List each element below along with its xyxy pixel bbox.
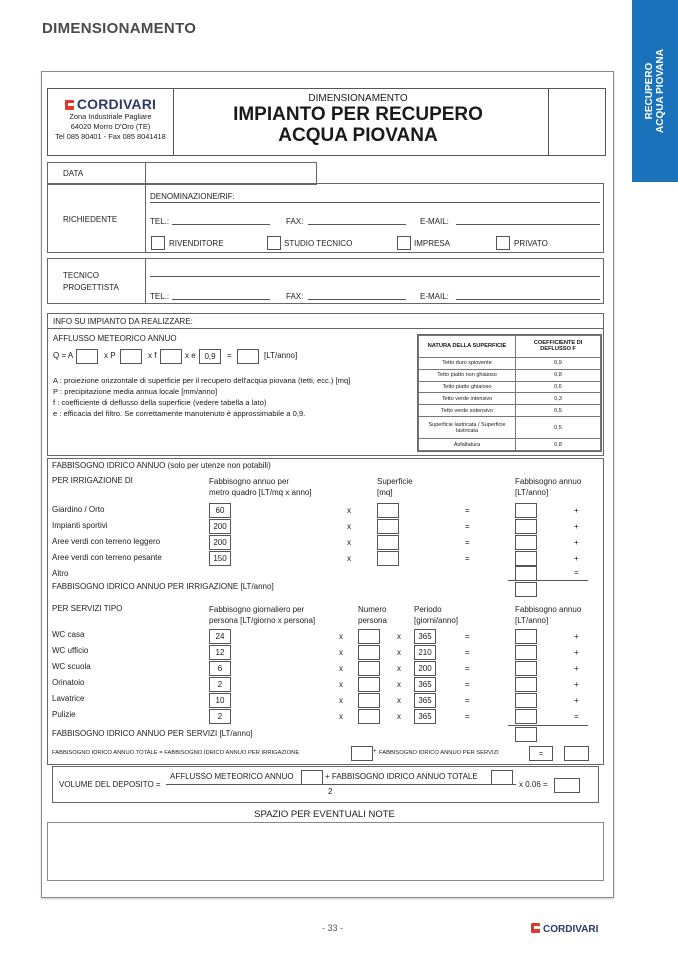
data-label: DATA [63,169,83,178]
servizi-annual-input[interactable] [515,709,537,724]
servizi-total-label: FABBISOGNO IDRICO ANNUO PER SERVIZI [LT/… [52,729,253,738]
volume-afflusso-input[interactable] [301,770,323,785]
irrigazione-col3: Superficie[mq] [377,476,413,498]
irrigazione-area-input[interactable] [377,519,399,534]
servizi-persons-input[interactable] [358,709,380,724]
servizi-period-input[interactable]: 365 [414,693,436,708]
irrigazione-row-label: Aree verdi con terreno pesante [52,553,162,562]
impresa-checkbox[interactable] [397,236,411,250]
volume-fabbisogno-input[interactable] [491,770,513,785]
servizi-daily-input[interactable]: 2 [209,709,231,724]
irrigazione-area-input[interactable] [377,503,399,518]
data-field[interactable] [145,163,317,184]
runoff-coefficient-table: Natura della superficieCoefficiente di d… [417,334,602,452]
privato-checkbox[interactable] [496,236,510,250]
denominazione-field[interactable] [150,202,600,203]
rivenditore-checkbox[interactable] [151,236,165,250]
privato-label: PRIVATO [514,239,548,248]
data-row: DATA [47,162,317,185]
section-side-tab[interactable]: RECUPERO ACQUA PIOVANA [632,0,678,182]
servizi-persons-input[interactable] [358,677,380,692]
servizi-col2: Fabbisogno giornaliero perpersona [LT/gi… [209,604,315,626]
servizi-annual-input[interactable] [515,677,537,692]
form-title-block: DIMENSIONAMENTO IMPIANTO PER RECUPERO AC… [173,89,543,155]
volume-mult: x 0.06 = [519,780,548,789]
volume-num2: + FABBISOGNO IDRICO ANNUO TOTALE [325,772,478,781]
servizi-total-input[interactable] [515,727,537,742]
info-title: INFO SU IMPIANTO DA REALIZZARE: [53,317,193,326]
fraction-bar [166,784,516,785]
filter-e-input[interactable]: 0,9 [199,349,221,364]
servizi-col5: Fabbisogno annuo[LT/anno] [515,604,581,626]
richiedente-label: RICHIEDENTE [63,215,117,224]
irrigazione-rate-input[interactable]: 200 [209,519,231,534]
servizi-daily-input[interactable]: 12 [209,645,231,660]
tecnico-email-field[interactable] [456,299,600,300]
servizi-annual-input[interactable] [515,645,537,660]
afflusso-result-input[interactable] [237,349,259,364]
servizi-col3: Numeropersona [358,604,387,626]
fax-field[interactable] [308,224,406,225]
totale-result-input[interactable] [564,746,589,761]
tecnico-fax-label: FAX: [286,292,303,301]
area-a-input[interactable] [76,349,98,364]
afflusso-title: AFFLUSSO METEORICO ANNUO [53,334,177,343]
tecnico-tel-field[interactable] [172,299,270,300]
servizi-daily-input[interactable]: 24 [209,629,231,644]
side-tab-line2: ACQUA PIOVANA [655,49,666,133]
email-label: E-MAIL: [420,217,449,226]
irrigazione-area-input[interactable] [377,551,399,566]
fax-label: FAX: [286,217,303,226]
irrigazione-col2: Fabbisogno annuo permetro quadro [LT/mq … [209,476,312,498]
irrigazione-annual-input[interactable] [515,551,537,566]
servizi-row-label: Orinatoio [52,678,84,687]
servizi-annual-input[interactable] [515,629,537,644]
servizi-persons-input[interactable] [358,693,380,708]
form-header: CORDIVARI Zona Industriale Pagliare 6402… [47,88,606,156]
richiedente-section: RICHIEDENTE DENOMINAZIONE/RIF: TEL.: FAX… [47,183,604,253]
coefficient-f-input[interactable] [160,349,182,364]
impresa-label: IMPRESA [414,239,450,248]
servizi-period-input[interactable]: 365 [414,709,436,724]
irrigazione-row-label: Aree verdi con terreno leggero [52,537,160,546]
footer-logo: CORDIVARI [531,923,598,935]
totale-irrigazione-input[interactable] [351,746,373,761]
irrigazione-row-label: Impianti sportivi [52,521,108,530]
tecnico-tel-label: TEL.: [150,292,169,301]
cordivari-footer-logo-icon [531,923,540,933]
page-number: - 33 - [322,923,343,933]
servizi-col1: PER SERVIZI TIPO [52,604,122,613]
studio-tecnico-label: STUDIO TECNICO [284,239,352,248]
tecnico-section: TECNICO PROGETTISTA TEL.: FAX: E-MAIL: [47,258,604,304]
servizi-period-input[interactable]: 210 [414,645,436,660]
servizi-row-label: WC scuola [52,662,91,671]
form-title-line1: IMPIANTO PER RECUPERO [173,104,543,125]
tecnico-email-label: E-MAIL: [420,292,449,301]
company-address: Zona Industriale Pagliare 64020 Morro D'… [48,112,173,142]
irrigazione-rate-input[interactable]: 60 [209,503,231,518]
volume-den: 2 [328,787,332,796]
header-blank-cell [548,89,605,155]
totale-servizi-input[interactable]: = [529,746,553,761]
tel-field[interactable] [172,224,270,225]
notes-field[interactable] [47,822,604,881]
servizi-annual-input[interactable] [515,693,537,708]
servizi-annual-input[interactable] [515,661,537,676]
page-heading: DIMENSIONAMENTO [42,20,196,37]
email-field[interactable] [456,224,600,225]
fabbisogno-title: FABBISOGNO IDRICO ANNUO (solo per utenze… [52,461,271,470]
cordivari-logo: CORDIVARI [48,96,173,112]
irrigazione-total-label: FABBISOGNO IDRICO ANNUO PER IRRIGAZIONE … [52,582,274,591]
rivenditore-label: RIVENDITORE [169,239,224,248]
volume-label: VOLUME DEL DEPOSITO = [59,780,161,789]
servizi-persons-input[interactable] [358,629,380,644]
tecnico-name-field[interactable] [150,276,600,277]
servizi-row-label: Lavatrice [52,694,84,703]
cordivari-logo-icon [65,100,74,110]
tecnico-fax-field[interactable] [308,299,406,300]
tel-label: TEL.: [150,217,169,226]
company-block: CORDIVARI Zona Industriale Pagliare 6402… [48,89,174,155]
irrigazione-annual-input[interactable] [515,503,537,518]
irrigazione-annual-input[interactable] [515,535,537,550]
totale-formula-left: FABBISOGNO IDRICO ANNUO TOTALE = FABBISO… [52,750,299,756]
formula-legend: A : proiezione orizzontale di superficie… [53,375,350,419]
volume-result-input[interactable] [554,778,580,793]
irrigazione-col1: PER IRRIGAZIONE DI [52,476,133,485]
volume-section: VOLUME DEL DEPOSITO = AFFLUSSO METEORICO… [52,766,599,803]
side-tab-line1: RECUPERO [644,49,655,133]
altro-fabbisogno-input[interactable] [515,566,537,581]
precipitation-p-input[interactable] [120,349,142,364]
servizi-row-label: WC ufficio [52,646,88,655]
altro-label: Altro [52,569,68,578]
servizi-period-input[interactable]: 365 [414,677,436,692]
servizi-persons-input[interactable] [358,645,380,660]
irrigazione-rate-input[interactable]: 150 [209,551,231,566]
servizi-row-label: Pulizie [52,710,76,719]
servizi-daily-input[interactable]: 6 [209,661,231,676]
irrigazione-annual-input[interactable] [515,519,537,534]
notes-title: SPAZIO PER EVENTUALI NOTE [47,809,602,820]
servizi-period-input[interactable]: 365 [414,629,436,644]
irrigazione-rate-input[interactable]: 200 [209,535,231,550]
denominazione-label: DENOMINAZIONE/RIF: [150,192,235,201]
irrigazione-row-label: Giardino / Orto [52,505,104,514]
servizi-daily-input[interactable]: 2 [209,677,231,692]
totale-formula-mid: FABBISOGNO IDRICO ANNUO PER SERVIZI [379,750,499,756]
form-title-line2: ACQUA PIOVANA [173,125,543,146]
form-subtitle: DIMENSIONAMENTO [173,93,543,104]
servizi-persons-input[interactable] [358,661,380,676]
irrigazione-area-input[interactable] [377,535,399,550]
servizi-row-label: WC casa [52,630,84,639]
servizi-col4: Periodo[giorni/anno] [414,604,458,626]
servizi-period-input[interactable]: 200 [414,661,436,676]
volume-num1: AFFLUSSO METEORICO ANNUO [170,772,294,781]
studio-tecnico-checkbox[interactable] [267,236,281,250]
irrigazione-col4: Fabbisogno annuo[LT/anno] [515,476,581,498]
tecnico-label: TECNICO PROGETTISTA [63,270,119,294]
irrigazione-total-input[interactable] [515,582,537,597]
servizi-daily-input[interactable]: 10 [209,693,231,708]
